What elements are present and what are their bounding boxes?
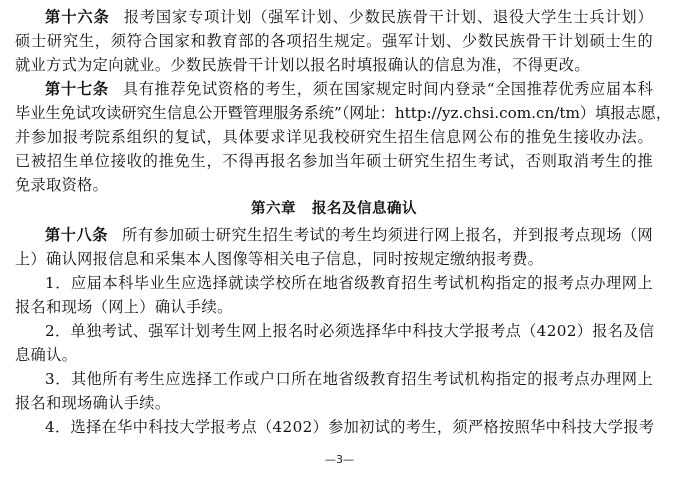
item-4-line-1: 4．选择在华中科技大学报考点（4202）参加初试的考生，须严格按照华中科技大学报…: [15, 415, 653, 439]
item-3-line-2: 报名和现场确认手续。: [15, 391, 653, 415]
article-18-label: 第十八条: [45, 226, 108, 244]
article-17-line-2: 毕业生免试攻读研究生信息公开暨管理服务系统”（网址：http://yz.chsi…: [15, 101, 653, 125]
chapter-heading: 第六章报名及信息确认: [15, 197, 653, 221]
chapter-number: 第六章: [251, 201, 296, 217]
article-18-text: 所有参加硕士研究生招生考试的考生均须进行网上报名，并到报考点现场（网: [122, 226, 653, 244]
article-16-line-2: 硕士研究生，须符合国家和教育部的各项招生规定。强军计划、少数民族骨干计划硕士生的: [15, 29, 653, 53]
article-17-text: 具有推荐免试资格的考生，须在国家规定时间内登录“全国推荐优秀应届本科: [123, 80, 653, 98]
article-17-label: 第十七条: [45, 80, 109, 98]
article-17-line-1: 第十七条具有推荐免试资格的考生，须在国家规定时间内登录“全国推荐优秀应届本科: [15, 77, 653, 101]
article-18-line-1: 第十八条所有参加硕士研究生招生考试的考生均须进行网上报名，并到报考点现场（网: [15, 223, 653, 247]
item-2-line-1: 2．单独考试、强军计划考生网上报名时必须选择华中科技大学报考点（4202）报名及…: [15, 319, 653, 343]
page-number: —3—: [0, 453, 679, 466]
article-16-line-1: 第十六条报考国家专项计划（强军计划、少数民族骨干计划、退役大学生士兵计划）: [15, 5, 653, 29]
article-18-line-2: 上）确认网报信息和采集本人图像等相关电子信息，同时按规定缴纳报考费。: [15, 247, 653, 271]
item-1-line-2: 报名和现场（网上）确认手续。: [15, 295, 653, 319]
article-16-label: 第十六条: [45, 8, 110, 26]
item-1-line-1: 1．应届本科毕业生应选择就读学校所在地省级教育招生考试机构指定的报考点办理网上: [15, 271, 653, 295]
article-16-text: 报考国家专项计划（强军计划、少数民族骨干计划、退役大学生士兵计划）: [124, 8, 653, 26]
item-3-line-1: 3．其他所有考生应选择工作或户口所在地省级教育招生考试机构指定的报考点办理网上: [15, 367, 653, 391]
item-2-line-2: 息确认。: [15, 343, 653, 367]
article-17-line-5: 免录取资格。: [15, 173, 653, 197]
article-17-line-4: 已被招生单位接收的推免生，不得再报名参加当年硕士研究生招生考试，否则取消考生的推: [15, 149, 653, 173]
article-16-line-3: 就业方式为定向就业。少数民族骨干计划以报名时填报确认的信息为准，不得更改。: [15, 53, 653, 77]
chapter-title: 报名及信息确认: [312, 201, 417, 217]
article-17-line-3: 并参加报考院系组织的复试，具体要求详见我校研究生招生信息网公布的推免生接收办法。: [15, 125, 653, 149]
